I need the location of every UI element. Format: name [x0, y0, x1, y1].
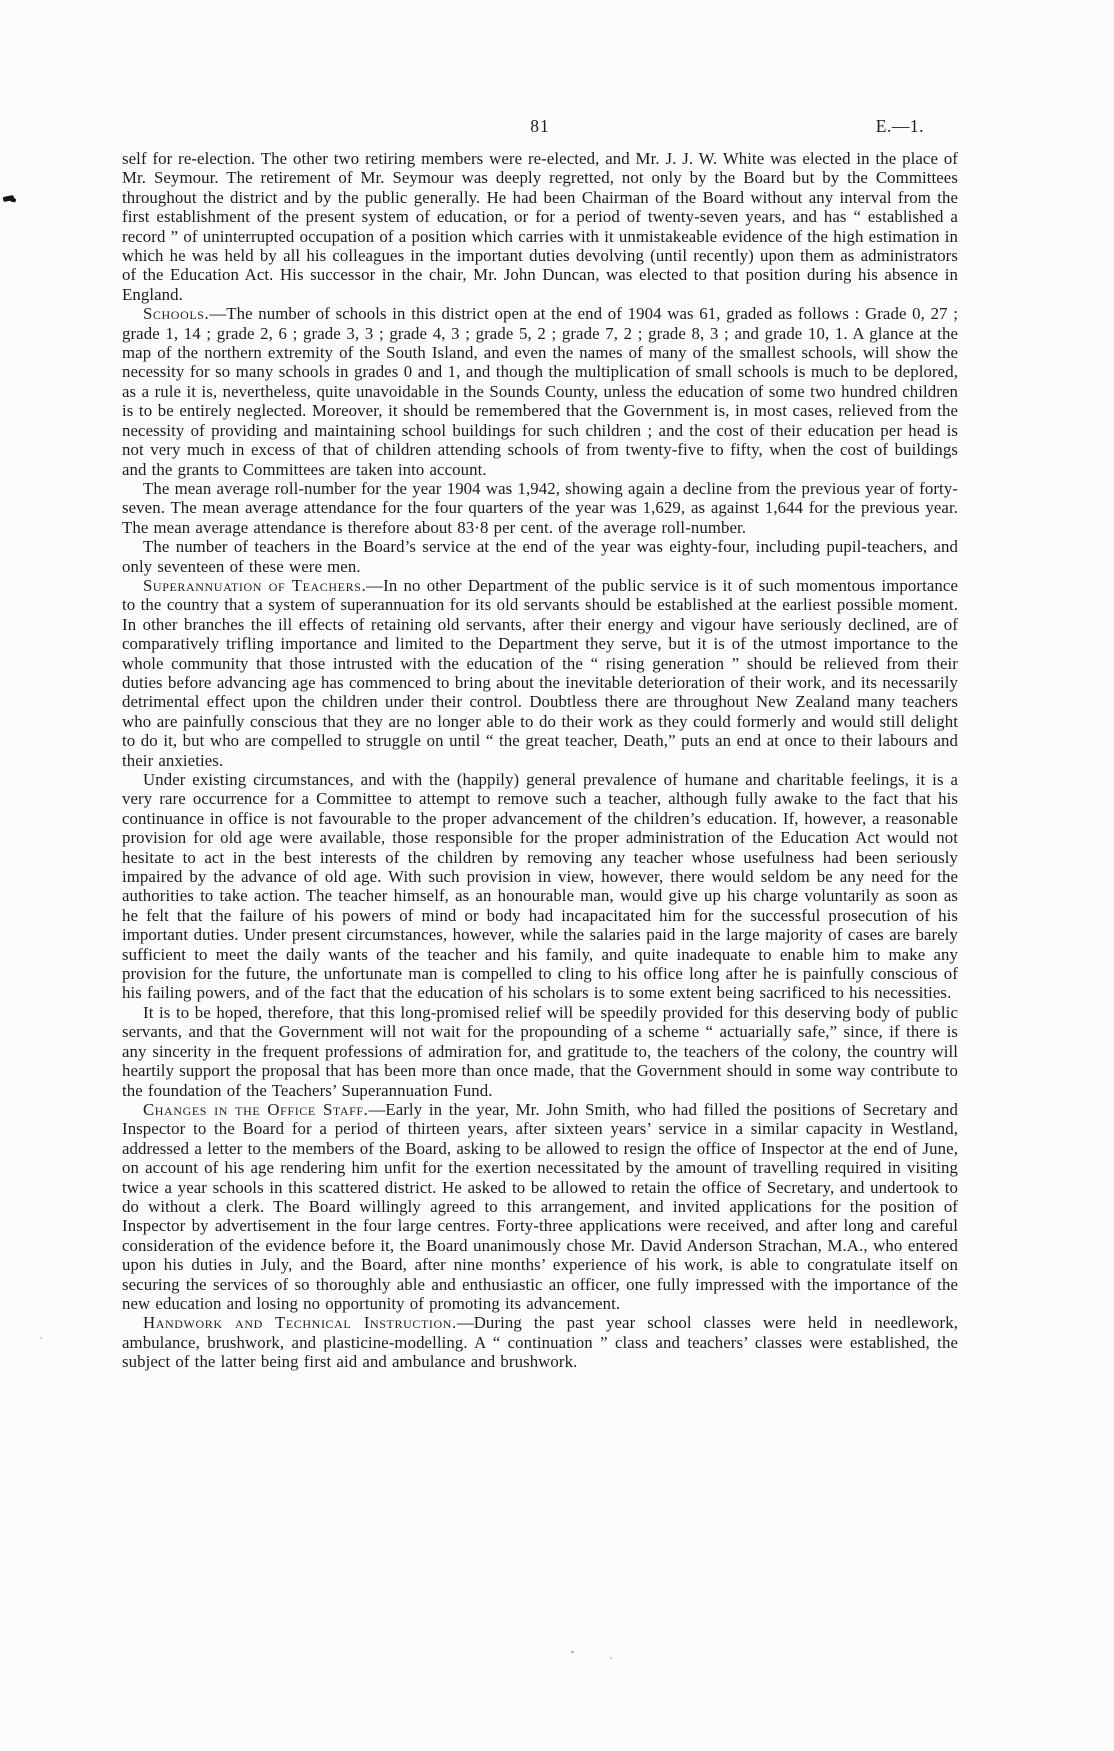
paragraph: self for re-election. The other two reti…	[122, 149, 958, 304]
paragraph: Superannuation of Teachers.—In no other …	[122, 576, 958, 770]
document-body: self for re-election. The other two reti…	[122, 149, 958, 1372]
section-heading: Superannuation of Teachers.	[143, 576, 366, 595]
section-heading: Handwork and Technical Instruction.	[143, 1313, 457, 1332]
paragraph-text: The number of teachers in the Board’s se…	[122, 537, 958, 575]
paragraph-text: Under existing circumstances, and with t…	[122, 770, 958, 1002]
scan-artifact	[40, 1337, 42, 1339]
scan-artifact	[10, 197, 17, 202]
paragraph: Schools.—The number of schools in this d…	[122, 304, 958, 479]
paragraph: Changes in the Office Staff.—Early in th…	[122, 1100, 958, 1313]
paragraph: Handwork and Technical Instruction.—Duri…	[122, 1313, 958, 1371]
scan-artifact	[571, 1651, 574, 1653]
section-heading: Schools.	[143, 304, 209, 323]
paragraph: It is to be hoped, therefore, that this …	[122, 1003, 958, 1100]
paragraph-text: It is to be hoped, therefore, that this …	[122, 1003, 958, 1100]
paragraph-text: —The number of schools in this district …	[122, 304, 958, 478]
document-reference: E.—1.	[876, 116, 924, 137]
page-header: 81 E.—1.	[122, 116, 958, 140]
paragraph: Under existing circumstances, and with t…	[122, 770, 958, 1003]
paragraph-text: —In no other Department of the public se…	[122, 576, 958, 770]
scan-artifact	[610, 1657, 612, 1659]
page-number: 81	[122, 116, 958, 137]
paragraph: The number of teachers in the Board’s se…	[122, 537, 958, 576]
paragraph-text: —Early in the year, Mr. John Smith, who …	[122, 1100, 958, 1313]
section-heading: Changes in the Office Staff.	[143, 1100, 368, 1119]
paragraph: The mean average roll-number for the yea…	[122, 479, 958, 537]
paragraph-text: The mean average roll-number for the yea…	[122, 479, 958, 537]
paragraph-text: self for re-election. The other two reti…	[122, 149, 958, 304]
document-page: 81 E.—1. self for re-election. The other…	[0, 0, 1114, 1751]
